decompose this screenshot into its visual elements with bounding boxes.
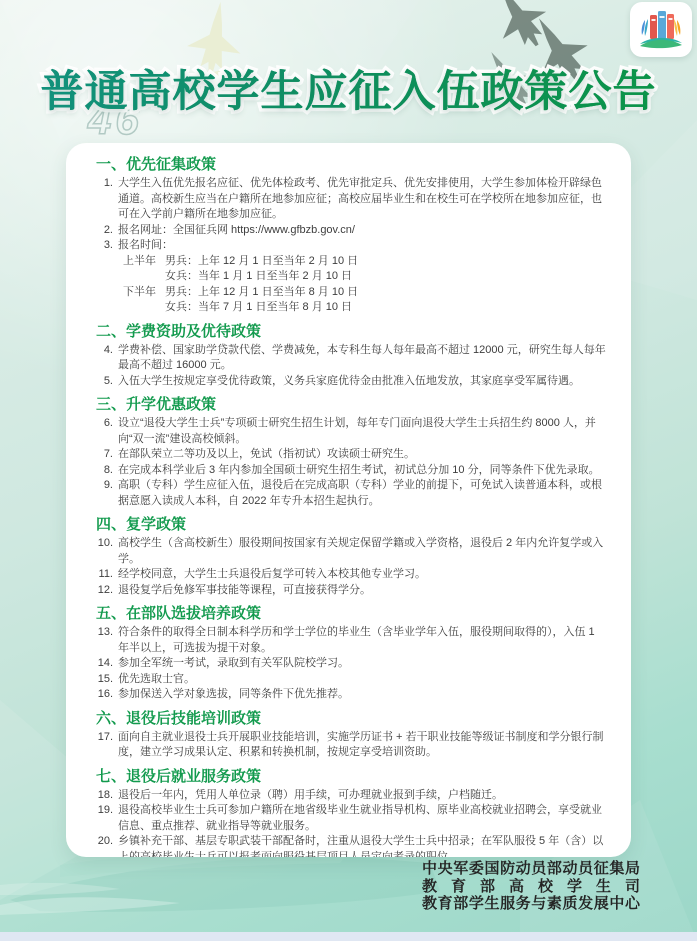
item-text: 在完成本科学业后 3 年内参加全国硕士研究生招生考试，初试总分加 10 分，同等… [118,463,607,479]
item-text: 参加全军统一考试，录取到有关军队院校学习。 [118,656,607,672]
item-number: 6. [96,416,118,447]
item-text: 大学生入伍优先报名应征、优先体检政考、优先审批定兵、优先安排使用，大学生参加体检… [118,176,607,223]
policy-item: 7.在部队荣立二等功及以上，免试（指初试）攻读硕士研究生。 [96,447,607,463]
issuer-line: 中央军委国防动员部动员征集局 [422,860,640,878]
policy-section: 四、复学政策10.高校学生（含高校新生）服役期间按国家有关规定保留学籍或入学资格… [96,517,607,598]
schedule-row: 上半年男兵：上年 12 月 1 日至当年 2 月 10 日 [123,254,607,270]
item-number: 7. [96,447,118,463]
item-text: 退役复学后免修军事技能等课程，可直接获得学分。 [118,583,607,599]
policy-item: 13.符合条件的取得全日制本科学历和学士学位的毕业生（含毕业学年入伍，服役期间取… [96,625,607,656]
item-number: 18. [96,788,118,804]
schedule-text: 女兵：当年 1 月 1 日至当年 2 月 10 日 [165,269,607,285]
section-heading: 六、退役后技能培训政策 [96,711,607,727]
item-number: 15. [96,672,118,688]
policy-section: 二、学费资助及优待政策4.学费补偿、国家助学贷款代偿、学费减免，本专科生每人每年… [96,324,607,390]
item-number: 11. [96,567,118,583]
policy-item: 20.乡镇补充干部、基层专职武装干部配备时，注重从退役大学生士兵中招录；在军队服… [96,834,607,857]
issuer-line: 教育部学生服务与素质发展中心 [422,895,640,913]
section-heading: 一、优先征集政策 [96,157,607,173]
schedule-text: 男兵：上年 12 月 1 日至当年 8 月 10 日 [165,285,607,301]
issuer-line: 教育部高校学生司 [422,878,640,896]
item-number: 14. [96,656,118,672]
schedule-period: 下半年 [123,285,165,301]
schedule-period: 上半年 [123,254,165,270]
item-number: 19. [96,803,118,834]
policy-item: 3.报名时间： [96,238,607,254]
logo-box [630,2,692,57]
schedule-text: 女兵：当年 7 月 1 日至当年 8 月 10 日 [165,300,607,316]
schedule-period [123,300,165,316]
policy-item: 11.经学校同意，大学生士兵退役后复学可转入本校其他专业学习。 [96,567,607,583]
item-number: 4. [96,343,118,374]
books-wings-hill-logo-icon [636,8,686,52]
item-number: 17. [96,730,118,761]
schedule-text: 男兵：上年 12 月 1 日至当年 2 月 10 日 [165,254,607,270]
schedule-period [123,269,165,285]
page-title-text: 普通高校学生应征入伍政策公告 [41,68,657,117]
policy-item: 8.在完成本科学业后 3 年内参加全国硕士研究生招生考试，初试总分加 10 分，… [96,463,607,479]
section-heading: 二、学费资助及优待政策 [96,324,607,340]
item-text: 报名网址：全国征兵网 https://www.gfbzb.gov.cn/ [118,223,607,239]
page-title: 普通高校学生应征入伍政策公告 普通高校学生应征入伍政策公告 [41,68,657,117]
item-number: 9. [96,478,118,509]
item-number: 5. [96,374,118,390]
policy-section: 七、退役后就业服务政策18.退役后一年内，凭用人单位录（聘）用手续，可办理就业报… [96,769,607,858]
item-number: 1. [96,176,118,223]
item-text: 在部队荣立二等功及以上，免试（指初试）攻读硕士研究生。 [118,447,607,463]
item-text: 符合条件的取得全日制本科学历和学士学位的毕业生（含毕业学年入伍，服役期间取得的）… [118,625,607,656]
item-text: 面向自主就业退役士兵开展职业技能培训，实施学历证书 + 若干职业技能等级证书制度… [118,730,607,761]
title-wrap: 普通高校学生应征入伍政策公告 普通高校学生应征入伍政策公告 [0,68,697,117]
item-text: 高职（专科）学生应征入伍，退役后在完成高职（专科）学业的前提下，可免试入读普通本… [118,478,607,509]
policy-item: 15.优先选取士官。 [96,672,607,688]
policy-item: 6.设立“退役大学生士兵”专项硕士研究生招生计划，每年专门面向退役大学生士兵招生… [96,416,607,447]
policy-item: 10.高校学生（含高校新生）服役期间按国家有关规定保留学籍或入学资格，退役后 2… [96,536,607,567]
item-number: 2. [96,223,118,239]
item-text: 报名时间： [118,238,607,254]
item-number: 16. [96,687,118,703]
policy-section: 五、在部队选拔培养政策13.符合条件的取得全日制本科学历和学士学位的毕业生（含毕… [96,606,607,703]
policy-item: 17.面向自主就业退役士兵开展职业技能培训，实施学历证书 + 若干职业技能等级证… [96,730,607,761]
item-text: 学费补偿、国家助学贷款代偿、学费减免，本专科生每人每年最高不超过 12000 元… [118,343,607,374]
bottom-edge-strip [0,932,697,941]
policy-section: 六、退役后技能培训政策17.面向自主就业退役士兵开展职业技能培训，实施学历证书 … [96,711,607,761]
item-number: 3. [96,238,118,254]
policy-card: 一、优先征集政策1.大学生入伍优先报名应征、优先体检政考、优先审批定兵、优先安排… [66,143,631,857]
section-heading: 三、升学优惠政策 [96,397,607,413]
policy-item: 16.参加保送入学对象选拔，同等条件下优先推荐。 [96,687,607,703]
item-number: 10. [96,536,118,567]
issuer-block: 中央军委国防动员部动员征集局 教育部高校学生司 教育部学生服务与素质发展中心 [422,860,640,913]
policy-item: 18.退役后一年内，凭用人单位录（聘）用手续，可办理就业报到手续，户档随迁。 [96,788,607,804]
policy-item: 4.学费补偿、国家助学贷款代偿、学费减免，本专科生每人每年最高不超过 12000… [96,343,607,374]
policy-item: 9.高职（专科）学生应征入伍，退役后在完成高职（专科）学业的前提下，可免试入读普… [96,478,607,509]
item-text: 退役后一年内，凭用人单位录（聘）用手续，可办理就业报到手续，户档随迁。 [118,788,607,804]
policy-item: 12.退役复学后免修军事技能等课程，可直接获得学分。 [96,583,607,599]
item-text: 乡镇补充干部、基层专职武装干部配备时，注重从退役大学生士兵中招录；在军队服役 5… [118,834,607,857]
policy-item: 14.参加全军统一考试，录取到有关军队院校学习。 [96,656,607,672]
schedule-row: 女兵：当年 1 月 1 日至当年 2 月 10 日 [123,269,607,285]
policy-item: 19.退役高校毕业生士兵可参加户籍所在地省级毕业生就业指导机构、原毕业高校就业招… [96,803,607,834]
item-text: 退役高校毕业生士兵可参加户籍所在地省级毕业生就业指导机构、原毕业高校就业招聘会，… [118,803,607,834]
item-text: 设立“退役大学生士兵”专项硕士研究生招生计划，每年专门面向退役大学生士兵招生约 … [118,416,607,447]
section-heading: 四、复学政策 [96,517,607,533]
schedule-row: 下半年男兵：上年 12 月 1 日至当年 8 月 10 日 [123,285,607,301]
schedule-row: 女兵：当年 7 月 1 日至当年 8 月 10 日 [123,300,607,316]
item-number: 13. [96,625,118,656]
policy-section: 一、优先征集政策1.大学生入伍优先报名应征、优先体检政考、优先审批定兵、优先安排… [96,157,607,316]
section-heading: 五、在部队选拔培养政策 [96,606,607,622]
item-text: 入伍大学生按规定享受优待政策，义务兵家庭优待金由批准入伍地发放，其家庭享受军属待… [118,374,607,390]
policy-item: 1.大学生入伍优先报名应征、优先体检政考、优先审批定兵、优先安排使用，大学生参加… [96,176,607,223]
item-text: 经学校同意，大学生士兵退役后复学可转入本校其他专业学习。 [118,567,607,583]
item-text: 优先选取士官。 [118,672,607,688]
item-number: 12. [96,583,118,599]
section-heading: 七、退役后就业服务政策 [96,769,607,785]
enlistment-policy-poster: 46 普通高校学生应征入伍政策公告 普通高校学生应征入伍政策公告 [0,0,697,941]
item-text: 高校学生（含高校新生）服役期间按国家有关规定保留学籍或入学资格，退役后 2 年内… [118,536,607,567]
item-text: 参加保送入学对象选拔，同等条件下优先推荐。 [118,687,607,703]
item-number: 20. [96,834,118,857]
policy-item: 2.报名网址：全国征兵网 https://www.gfbzb.gov.cn/ [96,223,607,239]
item-number: 8. [96,463,118,479]
policy-section: 三、升学优惠政策6.设立“退役大学生士兵”专项硕士研究生招生计划，每年专门面向退… [96,397,607,509]
policy-item: 5.入伍大学生按规定享受优待政策，义务兵家庭优待金由批准入伍地发放，其家庭享受军… [96,374,607,390]
